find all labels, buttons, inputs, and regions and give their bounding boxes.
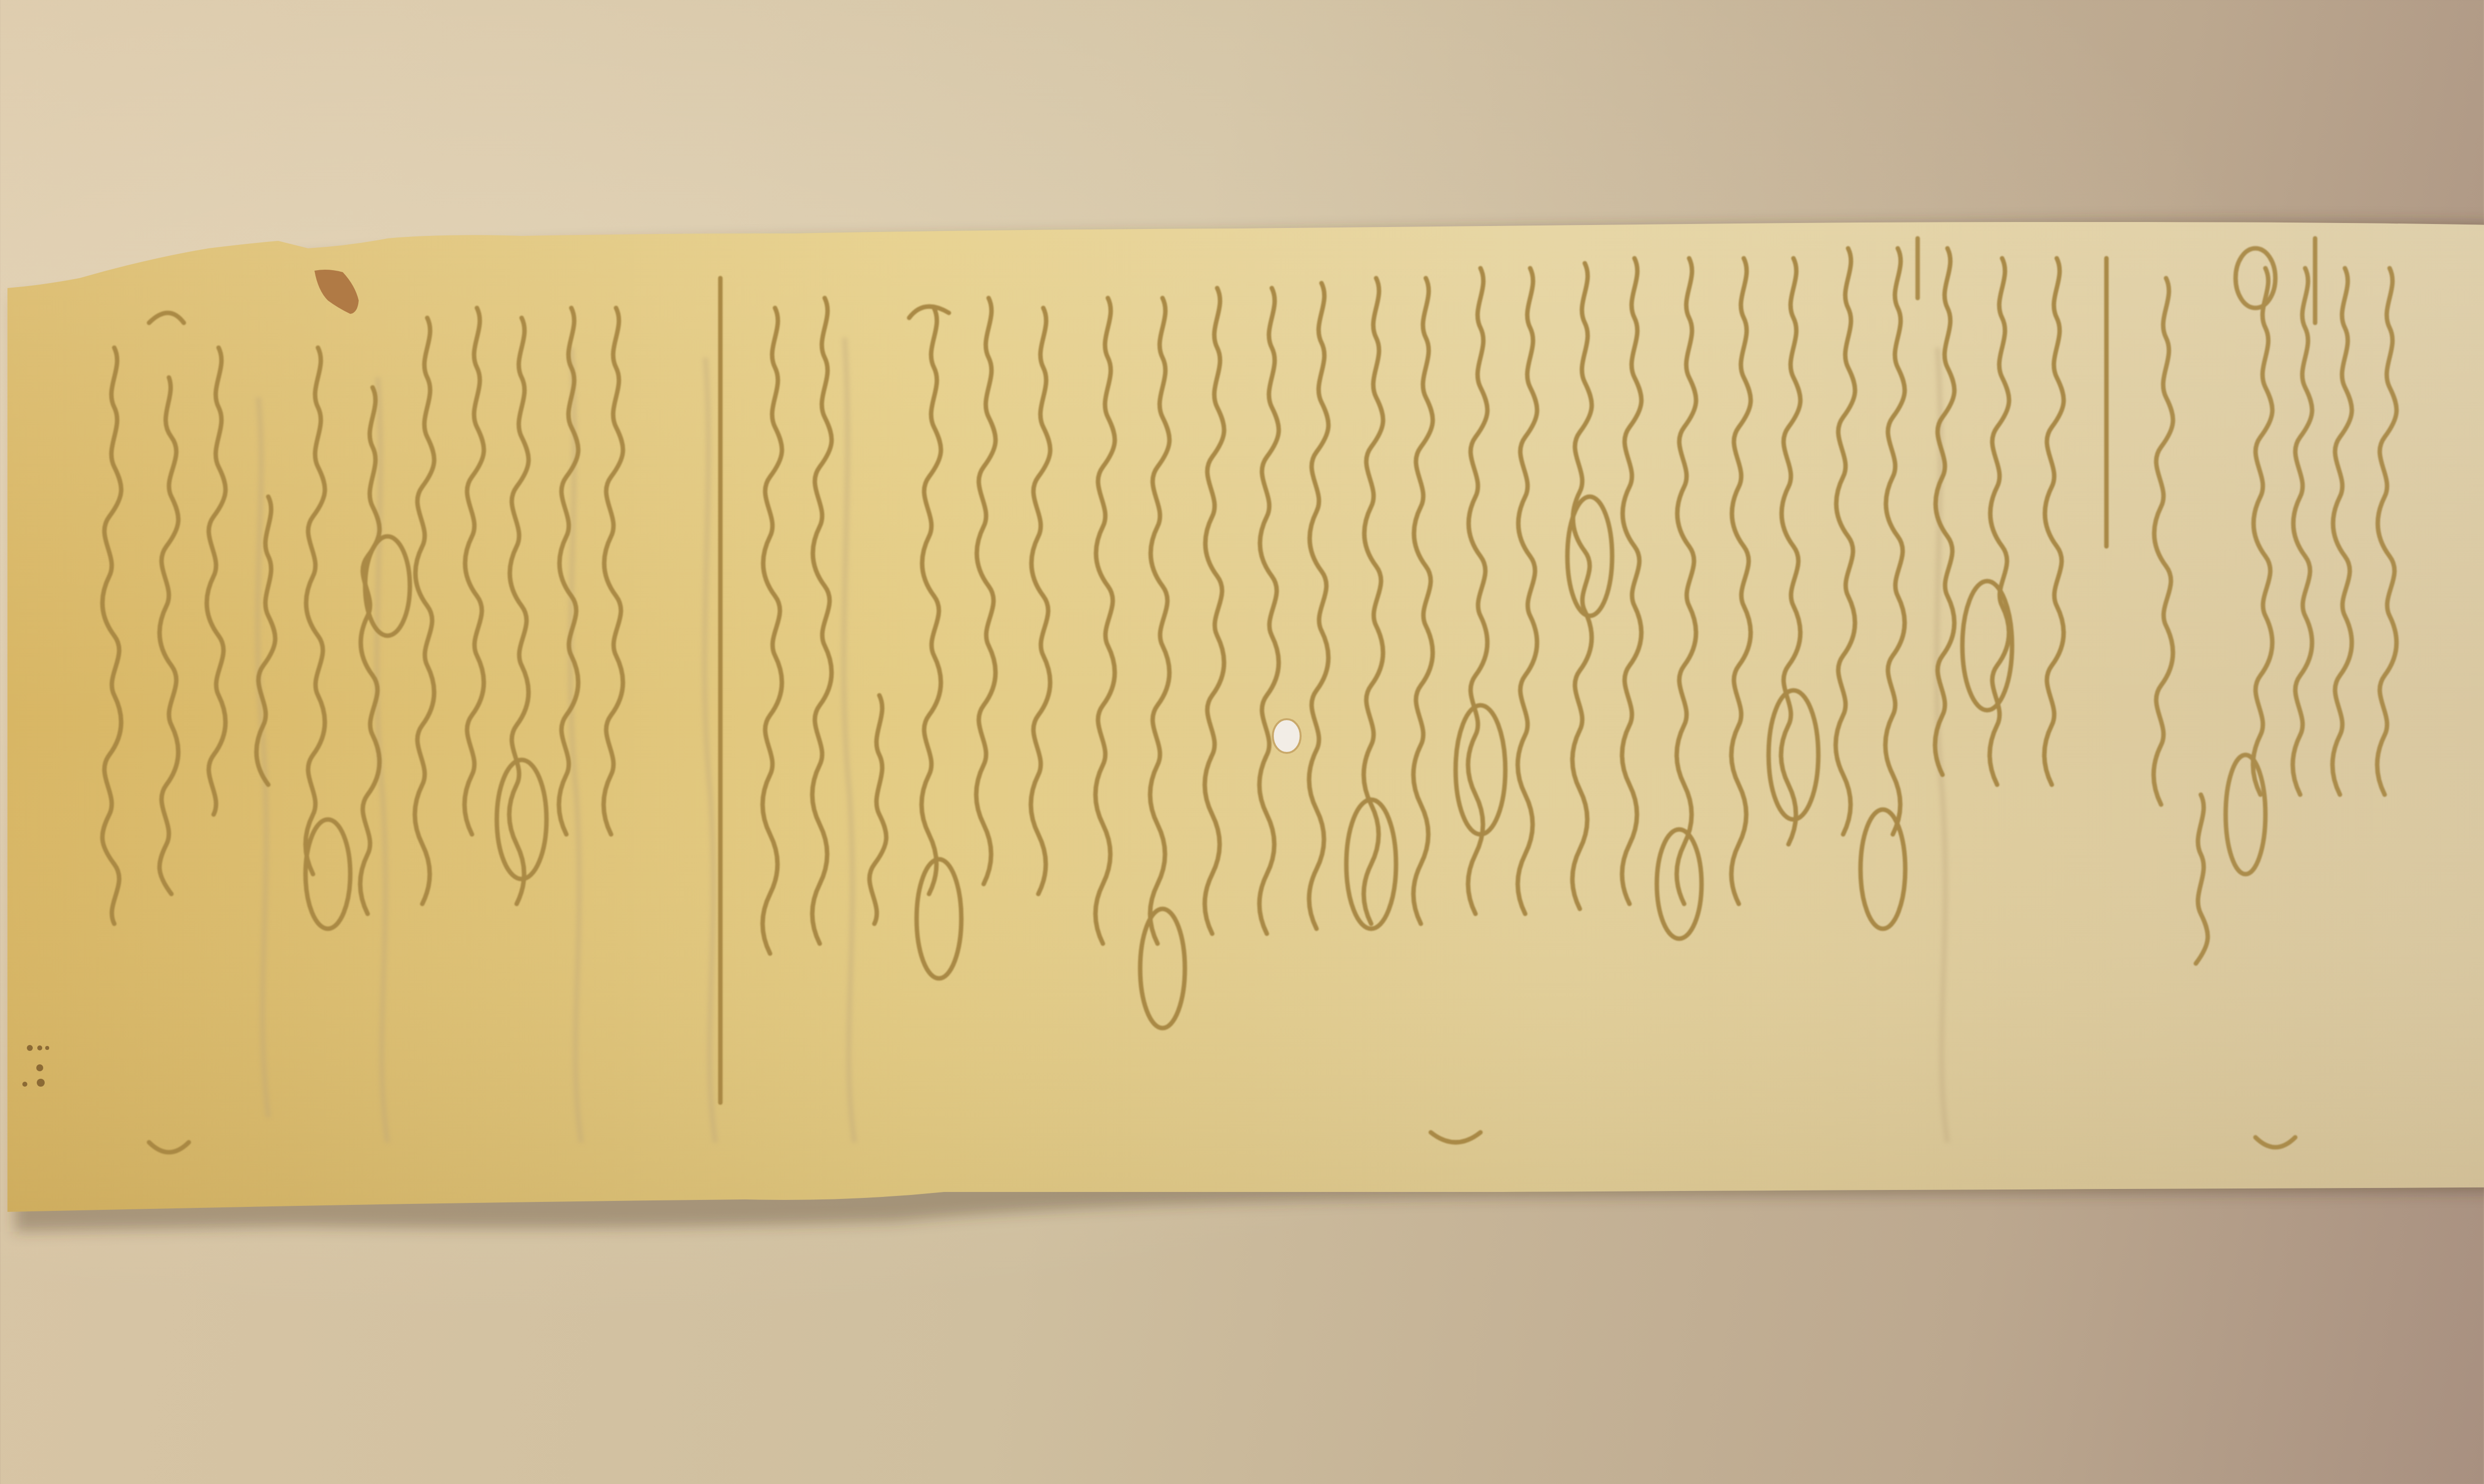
manuscript-photo: handwritten manuscript leaf (photographe…	[0, 0, 2484, 1484]
paper-hole	[1273, 719, 1301, 753]
